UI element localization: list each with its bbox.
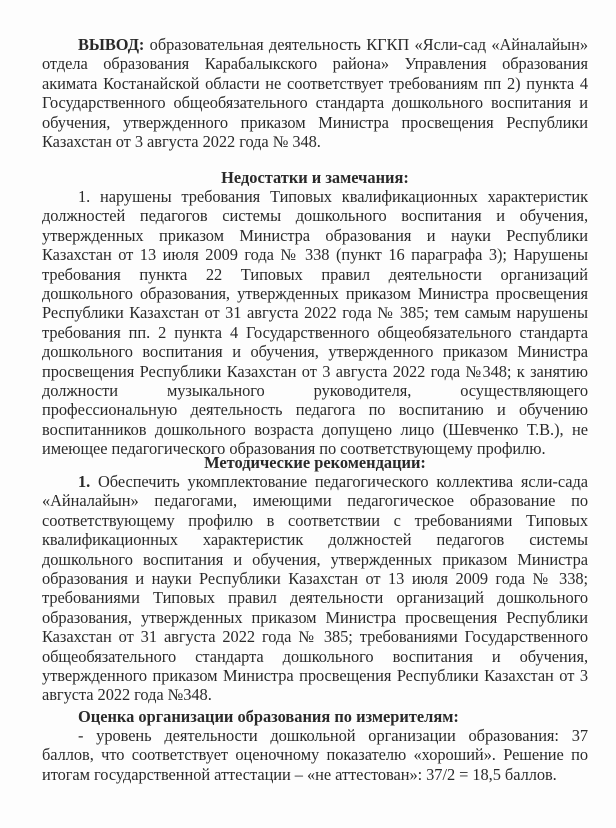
conclusion-label: ВЫВОД: — [78, 35, 144, 54]
deficiency-item-text: нарушены требования Типовых квалификацио… — [42, 187, 588, 458]
deficiency-item-1: 1. нарушены требования Типовых квалифика… — [42, 187, 588, 459]
recommendations-heading: Методические рекомендации: — [42, 453, 588, 472]
conclusion-paragraph: ВЫВОД: образовательная деятельность КГКП… — [42, 35, 588, 151]
recommendation-item-number: 1. — [78, 472, 90, 491]
recommendation-item-text: Обеспечить укомплектование педагогическо… — [42, 472, 588, 704]
assessment-heading: Оценка организации образования по измери… — [78, 707, 459, 726]
recommendation-item-1: 1. Обеспечить укомплектование педагогиче… — [42, 472, 588, 705]
deficiencies-heading: Недостатки и замечания: — [42, 168, 588, 187]
assessment-paragraph: - уровень деятельности дошкольной органи… — [42, 726, 588, 784]
deficiency-item-number: 1. — [78, 187, 90, 206]
